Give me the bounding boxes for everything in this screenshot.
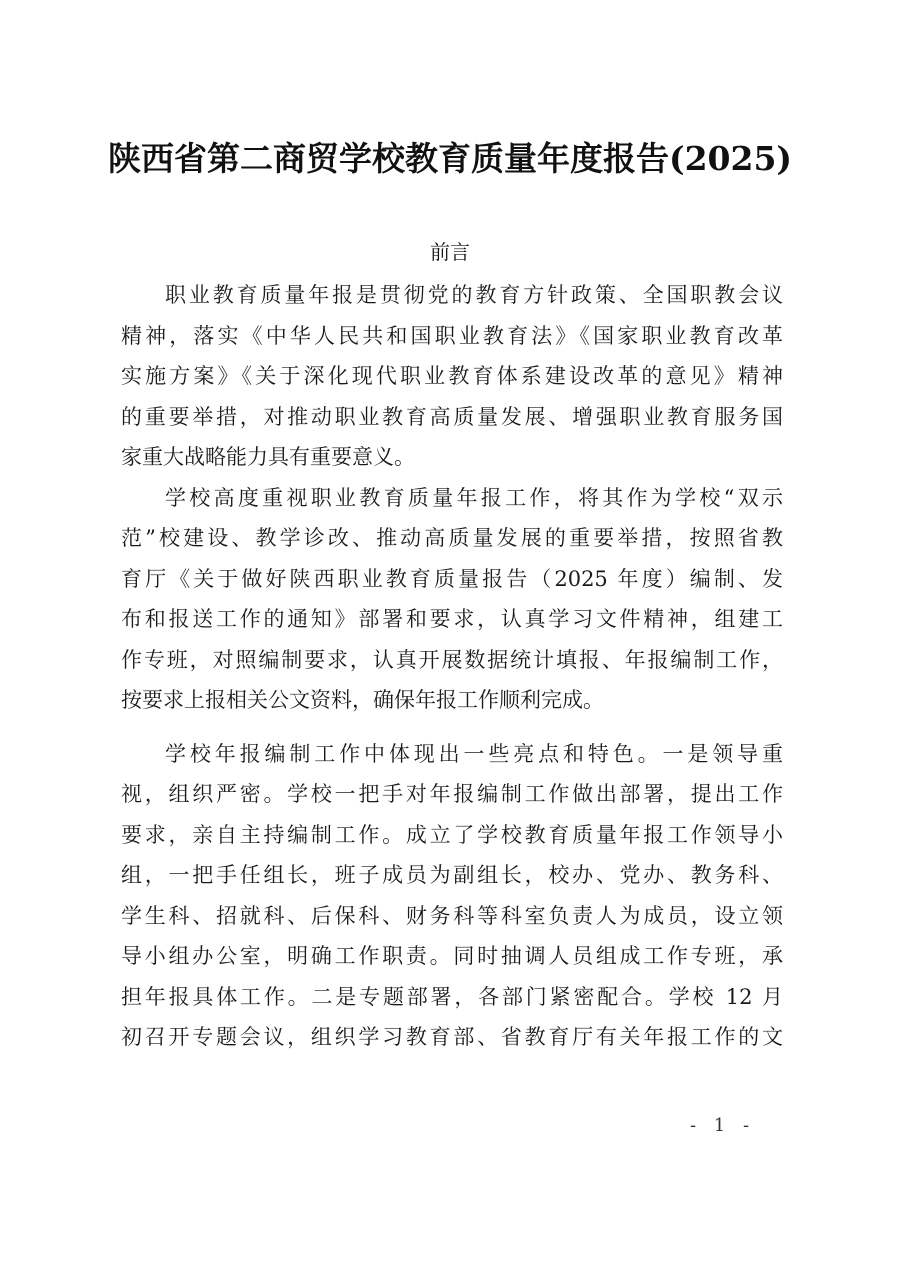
text-line: 学生科、招就科、后保科、财务科等科室负责人为成员，设立领 — [121, 896, 783, 937]
page-number: - 1 - — [690, 1115, 760, 1136]
text-line: 视，组织严密。学校一把手对年报编制工作做出部署，提出工作 — [121, 774, 783, 815]
document-title: 陕西省第二商贸学校教育质量年度报告(2025) — [0, 133, 900, 180]
text-line: 担年报具体工作。二是专题部署，各部门紧密配合。学校 12 月 — [121, 977, 783, 1018]
text-line: 组，一把手任组长，班子成员为副组长，校办、党办、教务科、 — [121, 855, 783, 896]
text-line: 按要求上报相关公文资料，确保年报工作顺利完成。 — [121, 680, 783, 721]
document-body: 职业教育质量年报是贯彻党的教育方针政策、全国职教会议 精神，落实《中华人民共和国… — [121, 275, 783, 1058]
text-line: 布和报送工作的通知》部署和要求，认真学习文件精神，组建工 — [121, 599, 783, 640]
paragraph-3: 学校年报编制工作中体现出一些亮点和特色。一是领导重 视，组织严密。学校一把手对年… — [121, 734, 783, 1058]
text-line: 职业教育质量年报是贯彻党的教育方针政策、全国职教会议 — [121, 275, 783, 316]
text-line: 作专班，对照编制要求，认真开展数据统计填报、年报编制工作， — [121, 640, 783, 681]
paragraph-2: 学校高度重视职业教育质量年报工作，将其作为学校“双示 范”校建设、教学诊改、推动… — [121, 478, 783, 721]
text-line: 实施方案》《关于深化现代职业教育体系建设改革的意见》精神 — [121, 356, 783, 397]
text-line: 导小组办公室，明确工作职责。同时抽调人员组成工作专班，承 — [121, 936, 783, 977]
paragraph-spacer — [121, 721, 783, 734]
text-line: 精神，落实《中华人民共和国职业教育法》《国家职业教育改革 — [121, 316, 783, 357]
paragraph-1: 职业教育质量年报是贯彻党的教育方针政策、全国职教会议 精神，落实《中华人民共和国… — [121, 275, 783, 478]
text-line: 初召开专题会议，组织学习教育部、省教育厅有关年报工作的文 — [121, 1017, 783, 1058]
text-line: 学校高度重视职业教育质量年报工作，将其作为学校“双示 — [121, 478, 783, 519]
section-heading: 前言 — [0, 236, 900, 265]
text-line: 学校年报编制工作中体现出一些亮点和特色。一是领导重 — [121, 734, 783, 775]
text-line: 要求，亲自主持编制工作。成立了学校教育质量年报工作领导小 — [121, 815, 783, 856]
text-line: 家重大战略能力具有重要意义。 — [121, 437, 783, 478]
text-line: 的重要举措，对推动职业教育高质量发展、增强职业教育服务国 — [121, 397, 783, 438]
text-line: 范”校建设、教学诊改、推动高质量发展的重要举措，按照省教 — [121, 518, 783, 559]
text-line: 育厅《关于做好陕西职业教育质量报告（2025 年度）编制、发 — [121, 559, 783, 600]
document-page: 陕西省第二商贸学校教育质量年度报告(2025) 前言 职业教育质量年报是贯彻党的… — [0, 0, 900, 1273]
